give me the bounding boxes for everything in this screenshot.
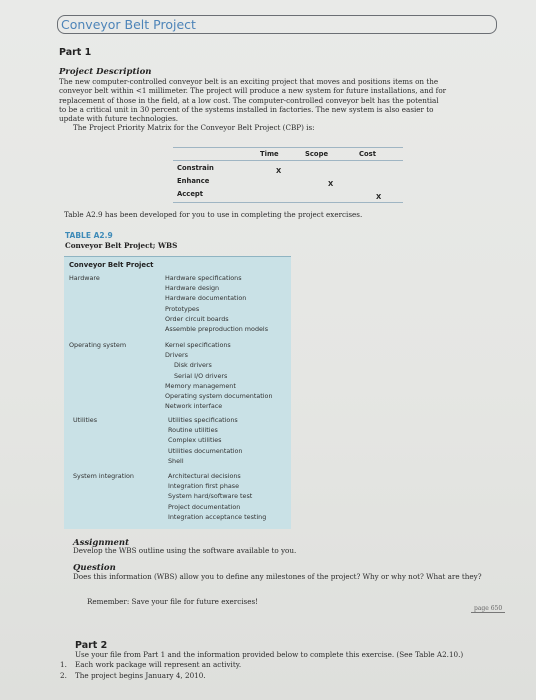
wbs-group-items: Architectural decisionsIntegration first… xyxy=(168,471,266,522)
wbs-root: Conveyor Belt Project xyxy=(69,261,153,269)
wbs-item: Integration first phase xyxy=(168,481,266,491)
step-text: The project begins January 4, 2010. xyxy=(75,671,206,680)
assignment-text: Develop the WBS outline using the softwa… xyxy=(73,546,296,555)
priority-matrix: Time Scope Cost ConstrainXEnhanceXAccept… xyxy=(173,147,403,203)
matrix-row-label: Accept xyxy=(177,190,203,198)
wbs-group-items: Utilities specificationsRoutine utilitie… xyxy=(168,415,243,466)
wbs-item: Integration acceptance testing xyxy=(168,512,266,522)
matrix-header-rule xyxy=(173,160,403,161)
step-item: 1.Each work package will represent an ac… xyxy=(60,660,241,671)
wbs-item: Network interface xyxy=(165,401,273,411)
wbs-item: Prototypes xyxy=(165,304,268,314)
wbs-item: Utilities specifications xyxy=(168,415,243,425)
matrix-mark: X xyxy=(376,193,381,201)
wbs-item: Routine utilities xyxy=(168,425,243,435)
description-line: conveyor belt within <1 millimeter. The … xyxy=(59,86,509,95)
wbs-item: Project documentation xyxy=(168,502,266,512)
step-text: Each work package will represent an acti… xyxy=(75,660,241,669)
matrix-col-cost: Cost xyxy=(359,150,376,158)
wbs-item: Hardware specifications xyxy=(165,273,268,283)
part2-intro: Use your file from Part 1 and the inform… xyxy=(75,650,463,659)
document-title: Conveyor Belt Project xyxy=(61,16,196,33)
wbs-item: Architectural decisions xyxy=(168,471,266,481)
wbs-item: Shell xyxy=(168,456,243,466)
wbs-item: Assemble preproduction models xyxy=(165,324,268,334)
project-description-heading: Project Description xyxy=(59,67,151,77)
matrix-col-time: Time xyxy=(260,150,279,158)
wbs-item: Utilities documentation xyxy=(168,446,243,456)
wbs-group-name: Operating system xyxy=(69,341,126,349)
table-subtitle: Conveyor Belt Project; WBS xyxy=(65,241,177,250)
matrix-mark: X xyxy=(328,180,333,188)
step-item: 2.The project begins January 4, 2010. xyxy=(60,671,241,682)
description-line: to be a critical unit in 30 percent of t… xyxy=(59,105,509,114)
wbs-group-name: System integration xyxy=(73,472,134,480)
wbs-item: Complex utilities xyxy=(168,435,243,445)
page-number: page 650 xyxy=(471,605,505,613)
wbs-item: Kernel specifications xyxy=(165,340,273,350)
wbs-group-items: Kernel specificationsDriversDisk drivers… xyxy=(165,340,273,411)
step-number: 2. xyxy=(60,671,75,682)
table-intro: Table A2.9 has been developed for you to… xyxy=(64,210,362,219)
matrix-top-rule xyxy=(173,147,403,148)
description-line: The new computer-controlled conveyor bel… xyxy=(59,77,509,86)
question-text: Does this information (WBS) allow you to… xyxy=(73,572,513,581)
wbs-table: Conveyor Belt Project HardwareHardware s… xyxy=(64,256,291,529)
matrix-col-scope: Scope xyxy=(305,150,328,158)
wbs-item: Disk drivers xyxy=(165,360,273,370)
matrix-mark: X xyxy=(276,167,281,175)
matrix-row-label: Constrain xyxy=(177,164,214,172)
wbs-group-name: Utilities xyxy=(73,416,97,424)
wbs-item: Operating system documentation xyxy=(165,391,273,401)
project-description-text: The new computer-controlled conveyor bel… xyxy=(59,77,509,123)
table-caption: TABLE A2.9 xyxy=(65,231,113,240)
wbs-item: Drivers xyxy=(165,350,273,360)
reminder-text: Remember: Save your file for future exer… xyxy=(87,597,258,606)
matrix-bottom-rule xyxy=(173,202,403,203)
wbs-group-items: Hardware specificationsHardware designHa… xyxy=(165,273,268,334)
document-title-box: Conveyor Belt Project xyxy=(57,15,497,34)
part1-heading: Part 1 xyxy=(59,47,91,58)
matrix-row-label: Enhance xyxy=(177,177,209,185)
wbs-item: System hard/software test xyxy=(168,491,266,501)
wbs-item: Order circuit boards xyxy=(165,314,268,324)
wbs-group-name: Hardware xyxy=(69,274,100,282)
wbs-item: Serial I/O drivers xyxy=(165,371,273,381)
matrix-intro: The Project Priority Matrix for the Conv… xyxy=(73,123,315,132)
wbs-item: Hardware design xyxy=(165,283,268,293)
wbs-item: Memory management xyxy=(165,381,273,391)
wbs-item: Hardware documentation xyxy=(165,293,268,303)
part2-steps: 1.Each work package will represent an ac… xyxy=(60,660,241,681)
step-number: 1. xyxy=(60,660,75,671)
description-line: replacement of those in the field, at a … xyxy=(59,96,509,105)
